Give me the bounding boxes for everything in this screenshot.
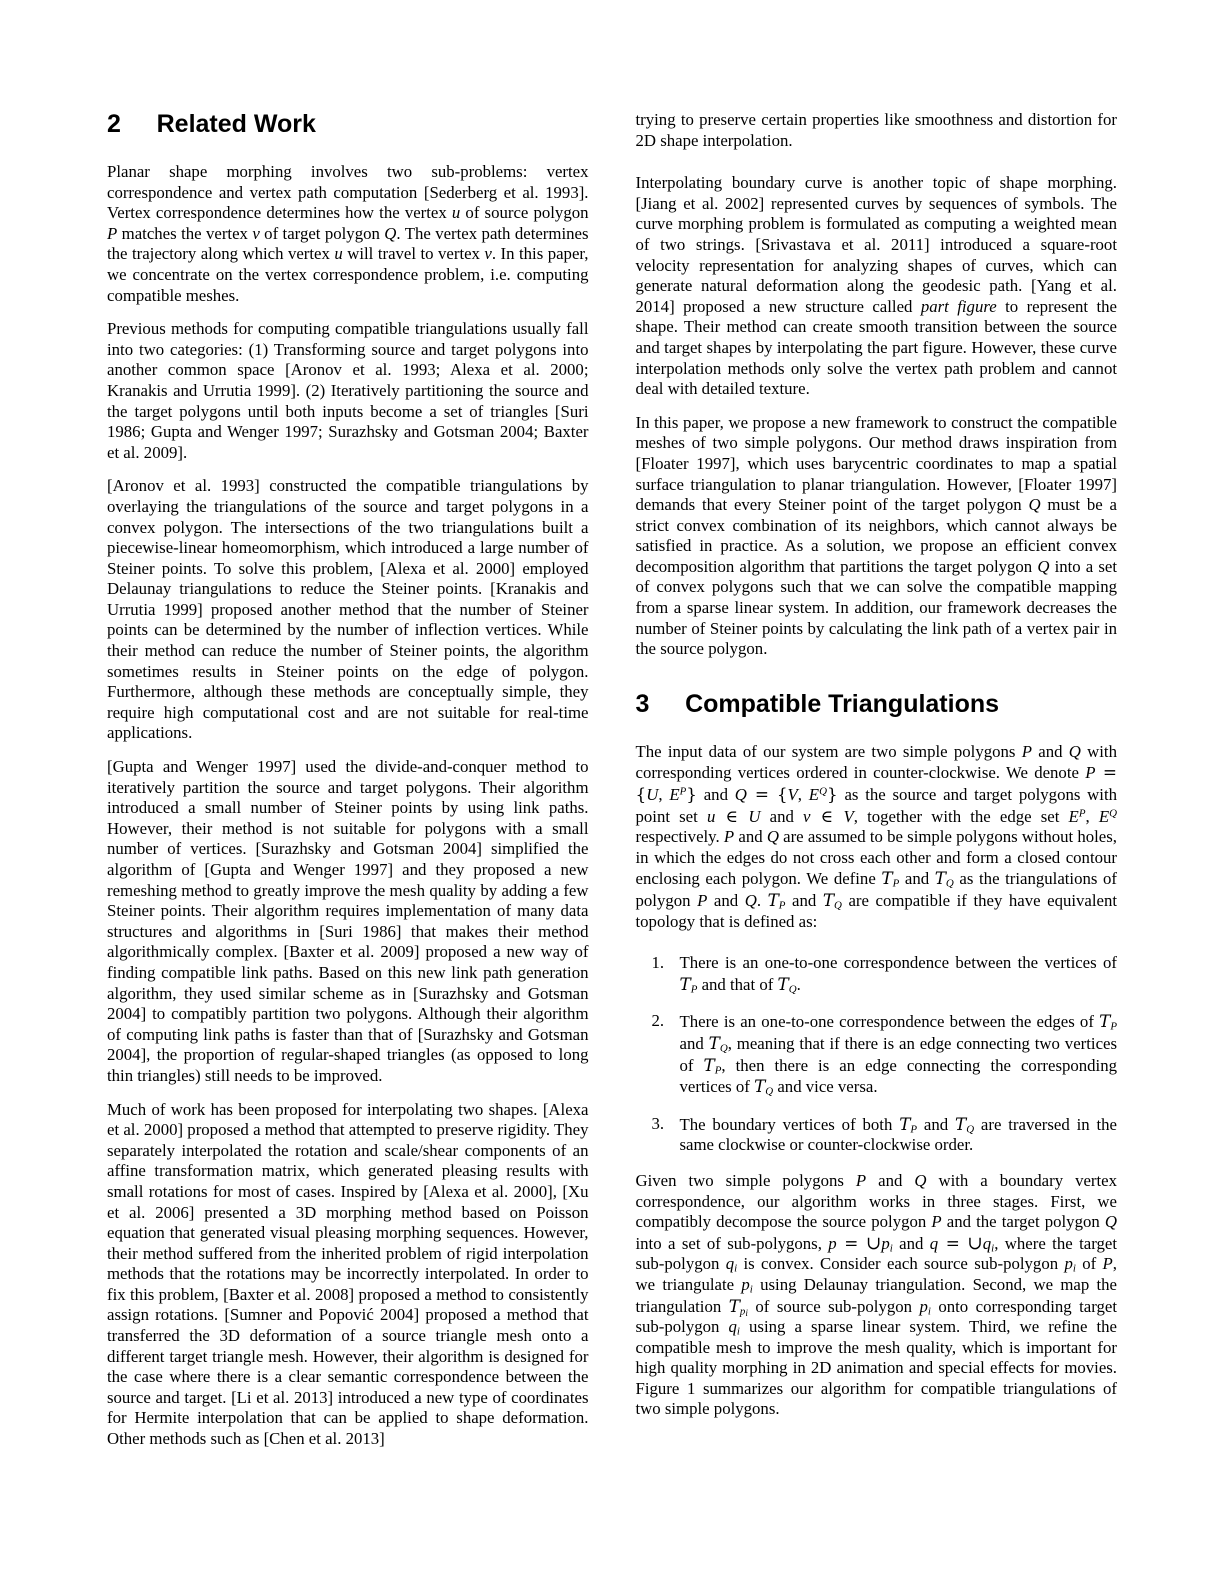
list-item-number: 1. (652, 953, 680, 995)
two-column-layout: 2 Related Work Planar shape morphing inv… (0, 0, 1224, 1480)
paragraph-input-data: The input data of our system are two sim… (636, 742, 1118, 932)
paragraph-our-framework: In this paper, we propose a new framewor… (636, 413, 1118, 660)
section-heading-related-work: 2 Related Work (107, 110, 589, 138)
paragraph-three-stages: Given two simple polygons P and Q with a… (636, 1171, 1118, 1420)
paragraph-previous-methods: Previous methods for computing compatibl… (107, 319, 589, 463)
left-column: 2 Related Work Planar shape morphing inv… (107, 110, 589, 1450)
right-column: trying to preserve certain properties li… (636, 110, 1118, 1450)
list-item-number: 3. (652, 1114, 680, 1156)
section-number: 2 (107, 110, 121, 138)
paragraph-aronov-1993: [Aronov et al. 1993] constructed the com… (107, 476, 589, 744)
list-item-text: There is an one-to-one correspondence be… (680, 1011, 1118, 1097)
topology-definition-list: 1. There is an one-to-one correspondence… (636, 953, 1118, 1156)
section-number: 3 (636, 690, 650, 718)
list-item-text: There is an one-to-one correspondence be… (680, 953, 1118, 995)
paragraph-continuation: trying to preserve certain properties li… (636, 110, 1118, 151)
section-heading-compatible-triangulations: 3 Compatible Triangulations (636, 690, 1118, 718)
paragraph-interpolation-work: Much of work has been proposed for inter… (107, 1100, 589, 1450)
section-title: Related Work (157, 110, 316, 138)
paragraph-gupta-wenger: [Gupta and Wenger 1997] used the divide-… (107, 757, 589, 1087)
paragraph-boundary-curve: Interpolating boundary curve is another … (636, 173, 1118, 400)
paper-page: 2 Related Work Planar shape morphing inv… (0, 0, 1224, 1584)
list-item-number: 2. (652, 1011, 680, 1097)
list-item: 3. The boundary vertices of both TP and … (652, 1114, 1118, 1156)
section-title: Compatible Triangulations (685, 690, 999, 718)
list-item: 2. There is an one-to-one correspondence… (652, 1011, 1118, 1097)
list-item: 1. There is an one-to-one correspondence… (652, 953, 1118, 995)
paragraph-planar-morphing: Planar shape morphing involves two sub-p… (107, 162, 589, 306)
list-item-text: The boundary vertices of both TP and TQ … (680, 1114, 1118, 1156)
